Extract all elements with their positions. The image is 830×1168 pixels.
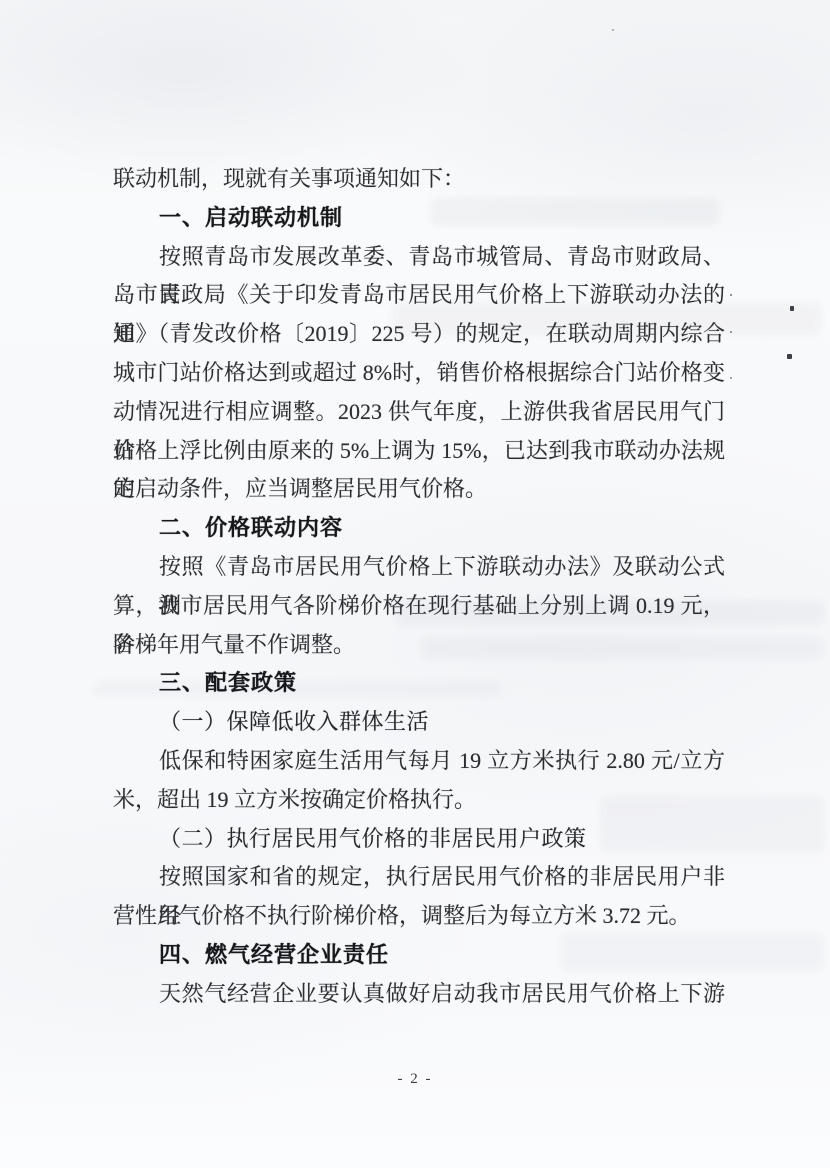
page-number: - 2 - (0, 1068, 830, 1090)
text-line: 按照青岛市发展改革委、青岛市城管局、青岛市财政局、青 (113, 238, 725, 277)
text-line: 阶梯年用气量不作调整。 (113, 626, 725, 665)
scan-speck (730, 294, 732, 296)
sub-heading: （一）保障低收入群体生活 (113, 703, 725, 742)
text-line: 米，超出 19 立方米按确定价格执行。 (113, 781, 725, 820)
text-line: 联动机制，现就有关事项通知如下： (113, 160, 725, 199)
text-line: 知》（青发改价格〔2019〕225 号）的规定，在联动周期内综合 (113, 315, 725, 354)
scan-speck (787, 354, 792, 359)
scan-speck (790, 306, 794, 311)
text-line: 动情况进行相应调整。2023 供气年度，上游供我省居民用气门站 (113, 393, 725, 432)
text-line: 营性用气价格不执行阶梯价格，调整后为每立方米 3.72 元。 (113, 897, 725, 936)
text-line: 算，我市居民用气各阶梯价格在现行基础上分别上调 0.19 元，各 (113, 587, 725, 626)
text-line: 天然气经营企业要认真做好启动我市居民用气价格上下游 (113, 975, 725, 1014)
text-line: 城市门站价格达到或超过 8%时，销售价格根据综合门站价格变 (113, 354, 725, 393)
text-line: 低保和特困家庭生活用气每月 19 立方米执行 2.80 元/立方 (113, 742, 725, 781)
section-heading: 二、价格联动内容 (113, 509, 725, 548)
scan-speck (730, 377, 732, 379)
section-heading: 三、配套政策 (113, 664, 725, 703)
section-heading: 四、燃气经营企业责任 (113, 936, 725, 975)
text-line: 按照国家和省的规定，执行居民用气价格的非居民用户非经 (113, 858, 725, 897)
text-line: 的启动条件，应当调整居民用气价格。 (113, 470, 725, 509)
scan-speck (612, 29, 614, 31)
section-heading: 一、启动联动机制 (113, 199, 725, 238)
text-line: 价格上浮比例由原来的 5%上调为 15%，已达到我市联动办法规定 (113, 432, 725, 471)
scan-speck (730, 331, 732, 333)
sub-heading: （二）执行居民用气价格的非居民用户政策 (113, 820, 725, 859)
text-line: 岛市民政局《关于印发青岛市居民用气价格上下游联动办法的通 (113, 276, 725, 315)
document-body: 联动机制，现就有关事项通知如下：一、启动联动机制按照青岛市发展改革委、青岛市城管… (113, 160, 725, 1014)
scanned-document-page: 联动机制，现就有关事项通知如下：一、启动联动机制按照青岛市发展改革委、青岛市城管… (0, 0, 830, 1168)
text-line: 按照《青岛市居民用气价格上下游联动办法》及联动公式测 (113, 548, 725, 587)
